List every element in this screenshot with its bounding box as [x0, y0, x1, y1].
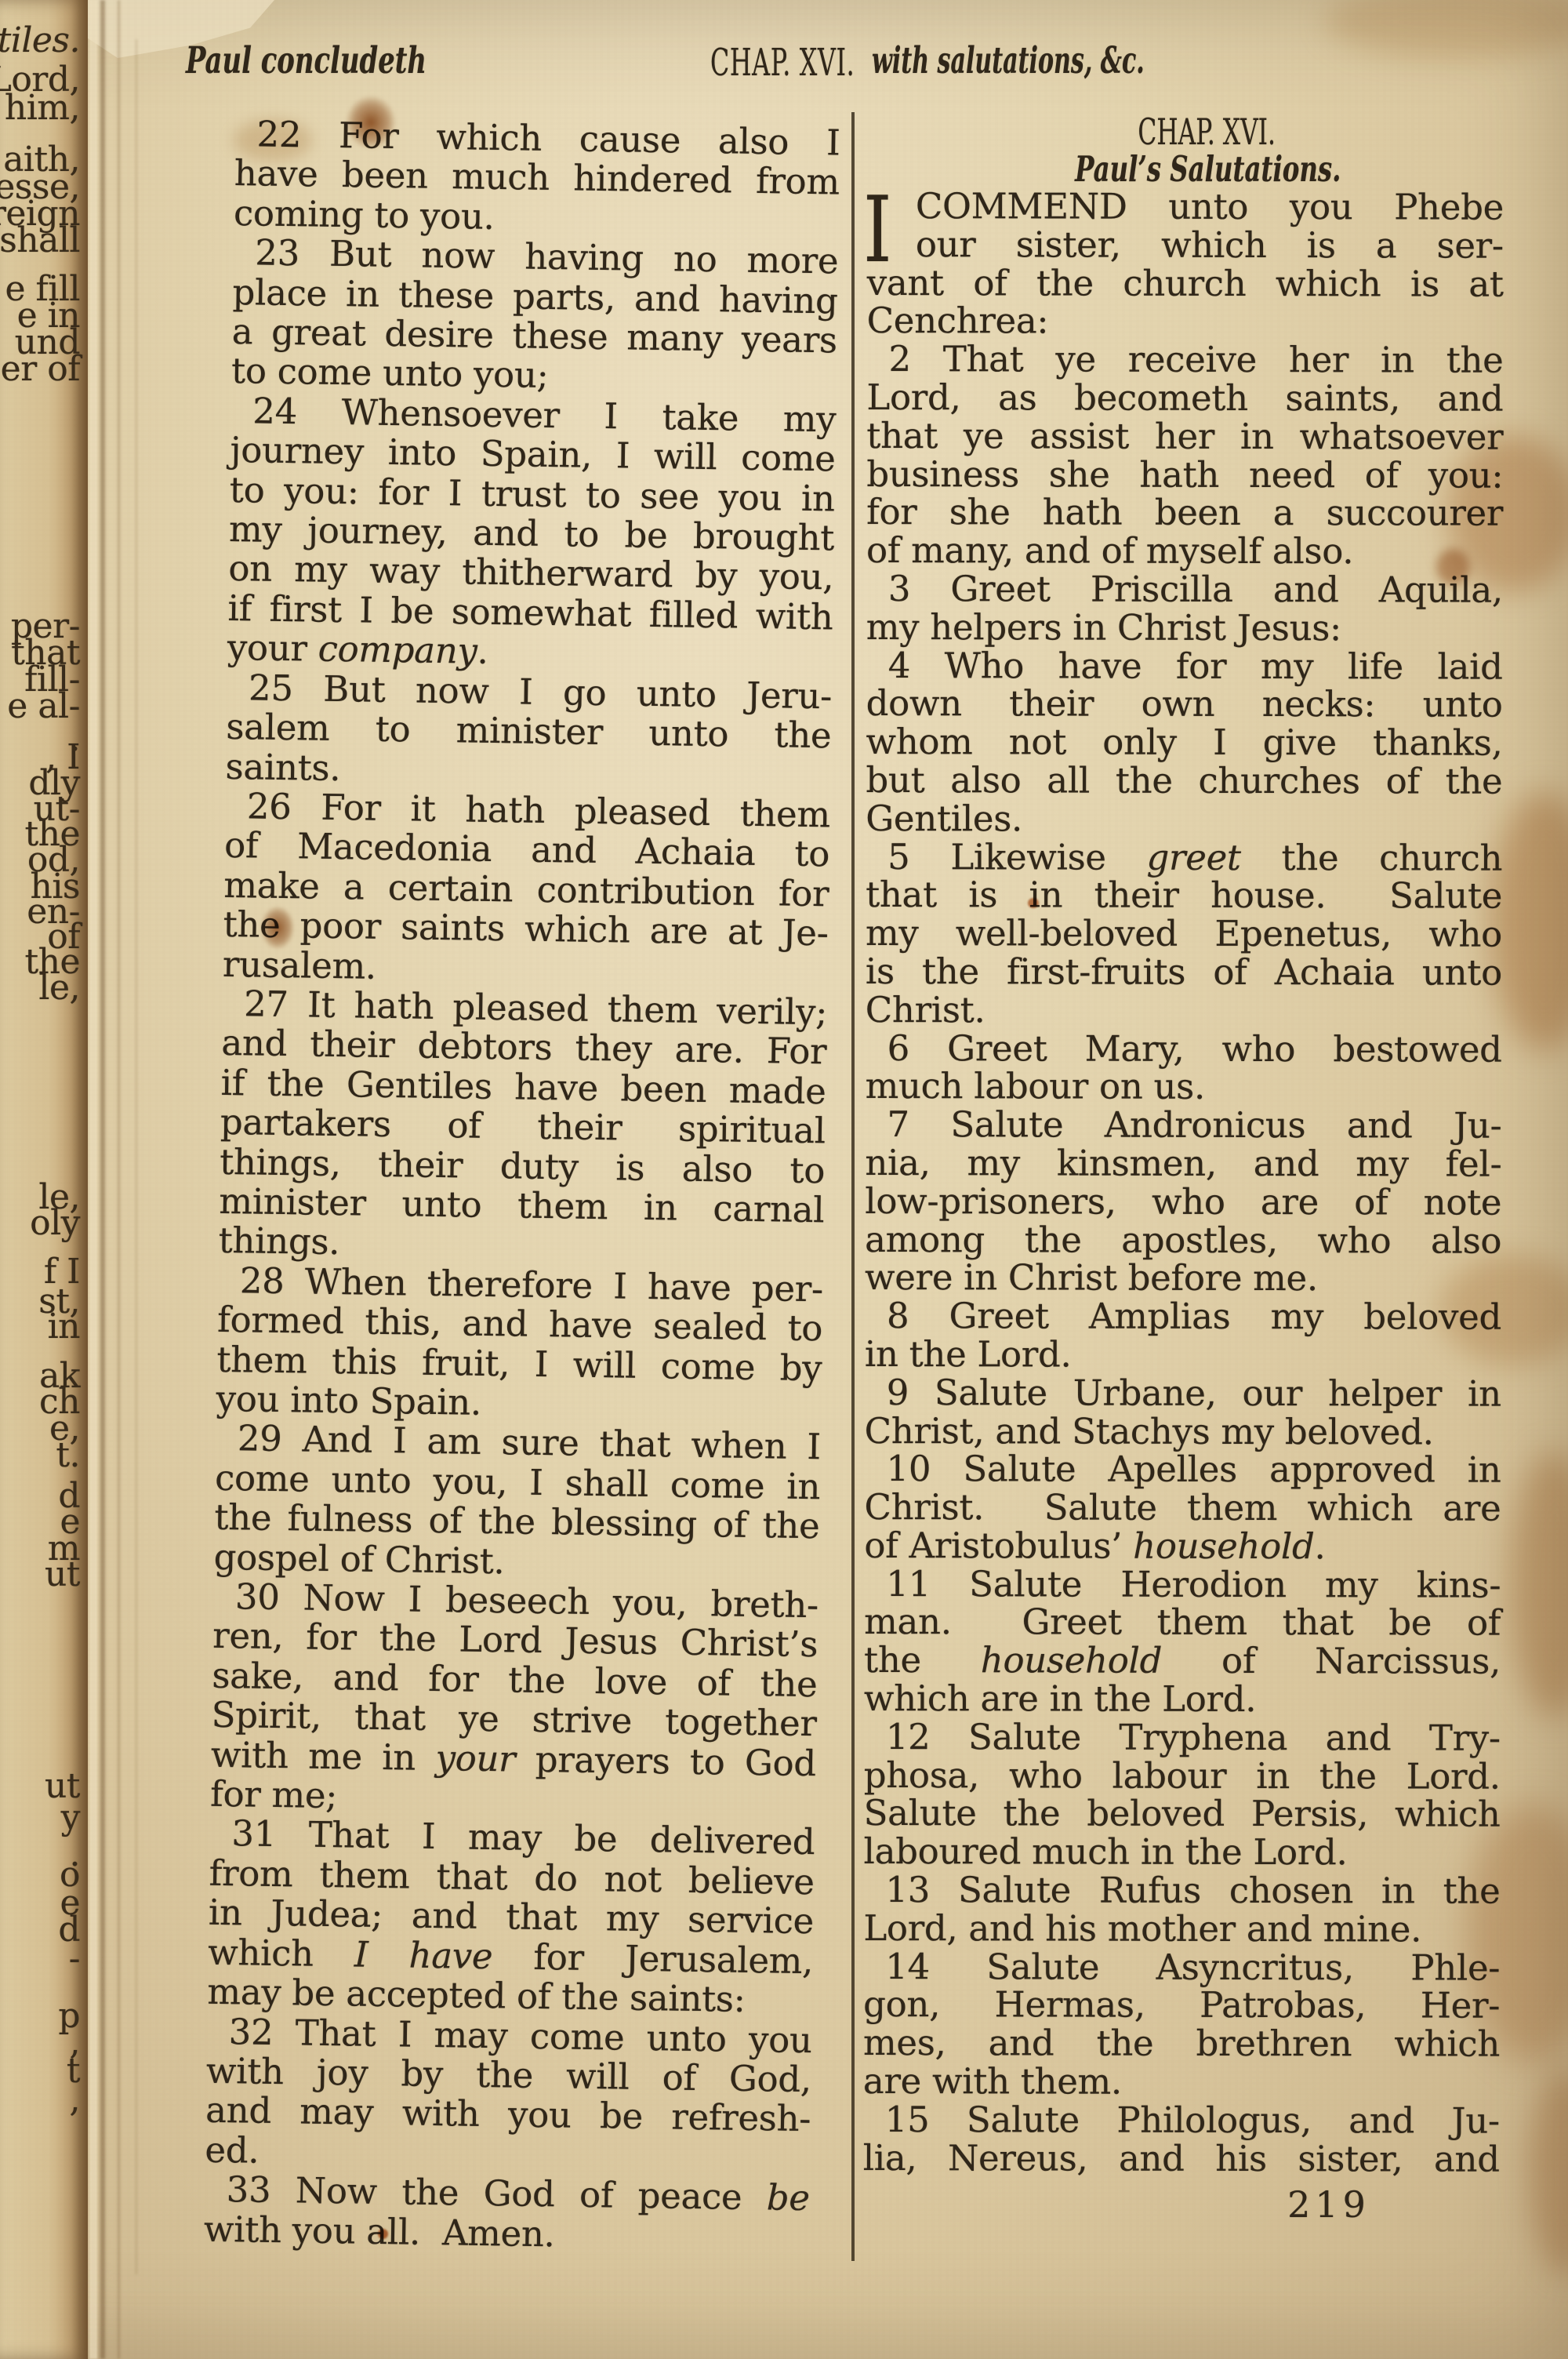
bible-page-photo: tiles.Lord,him,aith,esse,reignshalle fil… — [0, 0, 1568, 2359]
scripture-line: 7 Salute Andronicus and Ju- — [865, 1106, 1501, 1145]
scripture-line: much labour on us. — [866, 1067, 1502, 1107]
scripture-line: is the first-fruits of Achaia unto — [866, 953, 1502, 992]
scripture-line: are with them. — [863, 2063, 1500, 2102]
scripture-line: my helpers in Christ Jesus: — [866, 609, 1503, 648]
scripture-line: whom not only I give thanks, — [866, 723, 1502, 762]
scripture-line: in the Lord. — [865, 1336, 1501, 1375]
running-head-left-text: Paul concludeth — [186, 41, 426, 82]
scripture-line: laboured much in the Lord. — [864, 1833, 1501, 1872]
scripture-line: gon, Hermas, Patrobas, Her- — [863, 1986, 1500, 2025]
page-number: 219 — [1254, 2183, 1403, 2226]
scripture-line: lia, Nereus, and his sister, and — [863, 2139, 1500, 2179]
scripture-line: 12 Salute Tryphena and Try- — [864, 1718, 1501, 1757]
scripture-line: and may with you be refresh- — [205, 2091, 811, 2139]
prev-page-text-fragment: shall — [0, 224, 80, 258]
scripture-line: that ye assist her in whatsoever — [866, 417, 1503, 456]
scripture-line: 2 That ye receive her in the — [866, 340, 1503, 380]
scripture-line: of many, and of myself also. — [866, 532, 1503, 571]
gutter-crease — [136, 39, 137, 2274]
scripture-line: business she hath need of you: — [866, 456, 1503, 495]
scripture-line: vant of the church which is at — [867, 264, 1504, 304]
prev-page-text-fragment: le, — [0, 971, 80, 1005]
scripture-line: 5 Likewise greet the church — [866, 838, 1502, 878]
prev-page-text-fragment: in — [0, 1310, 80, 1344]
scripture-line: 3 Greet Priscilla and Aquila, — [866, 570, 1503, 609]
foxing-spot — [1509, 1451, 1568, 1717]
scripture-line: 8 Greet Amplias my beloved — [865, 1297, 1501, 1336]
prev-page-text-fragment: t. — [0, 1438, 80, 1473]
scripture-line: but also all the churches of the — [866, 761, 1502, 801]
gutter-crease — [100, 0, 105, 2359]
prev-page-edge: tiles.Lord,him,aith,esse,reignshalle fil… — [0, 0, 88, 2359]
scripture-line: Lord, and his mother and mine. — [863, 1910, 1500, 1949]
scripture-line: 15 Salute Philologus, and Ju- — [863, 2101, 1500, 2140]
scripture-line: my well-beloved Epenetus, who — [866, 914, 1502, 954]
running-head-right-text: with salutations, &c. — [872, 41, 1145, 82]
scripture-line: the household of Narcissus, — [864, 1641, 1501, 1681]
scripture-line: 14 Salute Asyncritus, Phle- — [863, 1948, 1500, 1987]
scripture-line: nia, my kinsmen, and my fel- — [865, 1144, 1501, 1183]
section-heading: Paul’s Salutations. — [956, 148, 1415, 190]
running-head-right: with salutations, &c. — [872, 41, 1298, 82]
column-divider-rule — [851, 112, 855, 2261]
prev-page-text-fragment: - — [0, 1942, 80, 1976]
prev-page-text-fragment: er of — [0, 352, 80, 387]
scripture-line: 9 Salute Urbane, our helper in — [865, 1374, 1501, 1413]
scripture-line: phosa, who labour in the Lord. — [864, 1757, 1501, 1796]
scripture-line: Cenchrea: — [867, 302, 1504, 341]
foxing-spot — [1325, 0, 1568, 59]
scripture-line: Christ. — [866, 991, 1502, 1030]
scripture-line: Gentiles. — [866, 800, 1502, 839]
scripture-line: Salute the beloved Persis, which — [864, 1794, 1501, 1834]
scripture-line: 6 Greet Mary, who bestowed — [866, 1030, 1502, 1069]
scripture-line: 11 Salute Herodion my kins- — [864, 1565, 1501, 1605]
scripture-line: our sister, which is a ser- — [867, 226, 1504, 265]
scripture-line: man. Greet them that be of — [864, 1603, 1501, 1642]
scripture-line: 10 Salute Apelles approved in — [865, 1450, 1501, 1489]
right-column: COMMEND unto you Phebeour sister, which … — [863, 187, 1504, 2179]
running-head-center-text: CHAP. XVI. — [710, 42, 855, 84]
chapter-heading: CHAP. XVI. — [969, 111, 1402, 153]
prev-page-text-fragment: tiles. — [0, 24, 80, 58]
scripture-line: for she hath been a succourer — [866, 493, 1503, 533]
left-column: 22 For which cause also Ihave been much … — [204, 114, 840, 2258]
scripture-line: Lord, as becometh saints, and — [866, 379, 1503, 418]
scripture-line: low-prisoners, who are of note — [865, 1183, 1501, 1222]
page-edge-highlight — [89, 0, 97, 2359]
scripture-line: which are in the Lord. — [864, 1680, 1501, 1719]
prev-page-text-fragment: him, — [0, 91, 80, 125]
prev-page-text-fragment: , — [0, 2083, 80, 2117]
running-head-left: Paul concludeth — [186, 41, 520, 82]
scripture-line: Christ, and Stachys my beloved. — [865, 1412, 1501, 1451]
scripture-line: 4 Who have for my life laid — [866, 647, 1503, 686]
prev-page-text-fragment: oly — [0, 1206, 80, 1241]
scripture-line: COMMEND unto you Phebe — [867, 187, 1504, 227]
gutter-crease — [118, 0, 120, 2359]
prev-page-text-fragment: e al- — [0, 689, 80, 724]
foxing-spot — [1529, 2070, 1568, 2274]
scripture-line: that is in their house. Salute — [866, 876, 1502, 915]
scripture-line: Christ. Salute them which are — [864, 1488, 1501, 1528]
scripture-line: of Aristobulus’ household. — [864, 1527, 1501, 1566]
scripture-line: mes, and the brethren which — [863, 2024, 1500, 2063]
scripture-line: were in Christ before me. — [865, 1259, 1501, 1298]
scripture-line: 13 Salute Rufus chosen in the — [863, 1871, 1500, 1910]
scripture-line: among the apostles, who also — [865, 1221, 1501, 1260]
scripture-line: down their own necks: unto — [866, 685, 1503, 724]
prev-page-text-fragment: ut — [0, 1558, 80, 1592]
prev-page-text-fragment: y — [0, 1801, 80, 1835]
